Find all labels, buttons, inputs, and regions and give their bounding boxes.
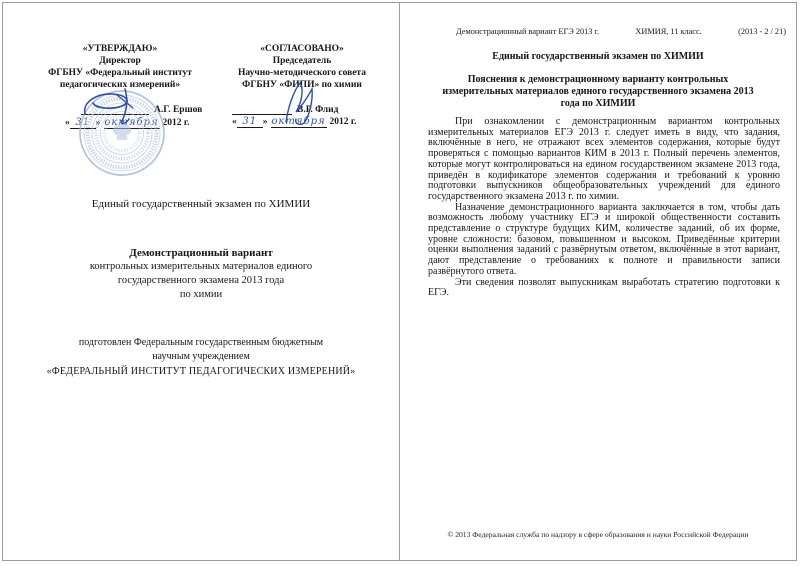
institute-name: «ФЕДЕРАЛЬНЫЙ ИНСТИТУТ ПЕДАГОГИЧЕСКИХ ИЗМ… xyxy=(3,366,399,377)
explanations-page: Демонстрационный вариант ЕГЭ 2013 г. ХИМ… xyxy=(400,3,796,560)
date-year: 2012 г. xyxy=(163,118,190,128)
handwritten-day: 31 xyxy=(242,116,257,127)
paragraph: Назначение демонстрационного варианта за… xyxy=(428,203,780,278)
paragraph: Эти сведения позволят выпускникам вырабо… xyxy=(428,278,780,299)
demo-variant-title: Демонстрационный вариант xyxy=(3,246,399,260)
body-text: При ознакомлении с демонстрационным вари… xyxy=(428,117,780,299)
copyright-footer: © 2013 Федеральная служба по надзору в с… xyxy=(400,530,796,539)
header-subject-label: ХИМИЯ, 11 класс. xyxy=(635,27,701,36)
header-variant-label: Демонстрационный вариант ЕГЭ 2013 г. xyxy=(456,27,599,36)
signature-line-approved: А.Г. Ершов xyxy=(81,104,202,115)
approval-line: Директор xyxy=(31,55,209,67)
date-month-blank: октября xyxy=(271,117,327,128)
prepared-line: научным учреждением xyxy=(3,350,399,364)
handwritten-month: октября xyxy=(271,116,325,127)
demo-variant-line: государственного экзамена 2013 года xyxy=(3,274,399,288)
prepared-by-block: подготовлен Федеральным государственным … xyxy=(3,336,399,363)
demo-variant-line: по химии xyxy=(3,288,399,302)
handwritten-day: 31 xyxy=(75,117,90,128)
date-month-blank: октября xyxy=(104,118,160,129)
signature-rule xyxy=(232,104,292,115)
signature-line-agreed: В.Р. Флид xyxy=(232,104,338,115)
agreement-line: Председатель xyxy=(219,55,385,67)
exam-title: Единый государственный экзамен по ХИМИИ xyxy=(3,198,399,210)
quote-close: » xyxy=(96,118,101,128)
signature-rule xyxy=(81,104,149,115)
prepared-line: подготовлен Федеральным государственным … xyxy=(3,336,399,350)
title-page: «УТВЕРЖДАЮ» Директор ФГБНУ «Федеральный … xyxy=(3,3,399,560)
date-day-blank: 31 xyxy=(70,118,96,129)
approval-block: «УТВЕРЖДАЮ» Директор ФГБНУ «Федеральный … xyxy=(31,43,209,91)
document-spread: «УТВЕРЖДАЮ» Директор ФГБНУ «Федеральный … xyxy=(0,0,800,566)
header-page-number: (2013 - 2 / 21) xyxy=(738,27,786,36)
agreement-line: ФГБНУ «ФИПИ» по химии xyxy=(219,79,385,91)
approval-title: «УТВЕРЖДАЮ» xyxy=(31,43,209,55)
demo-variant-block: Демонстрационный вариант контрольных изм… xyxy=(3,246,399,302)
date-day-blank: 31 xyxy=(237,117,263,128)
agreement-date: «31»октября2012 г. xyxy=(232,117,357,128)
handwritten-month: октября xyxy=(104,117,158,128)
date-year: 2012 г. xyxy=(330,117,357,127)
section-title: Пояснения к демонстрационному варианту к… xyxy=(400,74,796,110)
agreement-title: «СОГЛАСОВАНО» xyxy=(219,43,385,55)
paragraph: При ознакомлении с демонстрационным вари… xyxy=(428,117,780,203)
signatory-name: А.Г. Ершов xyxy=(154,105,202,115)
official-stamp-icon xyxy=(77,88,167,178)
approval-date: «31»октября2012 г. xyxy=(65,118,190,129)
approval-line: педагогических измерений» xyxy=(31,79,209,91)
demo-variant-line: контрольных измерительных материалов еди… xyxy=(3,260,399,274)
signatory-name: В.Р. Флид xyxy=(297,105,338,115)
agreement-line: Научно-методического совета xyxy=(219,67,385,79)
quote-close: » xyxy=(263,117,268,127)
approval-line: ФГБНУ «Федеральный институт xyxy=(31,67,209,79)
agreement-block: «СОГЛАСОВАНО» Председатель Научно-методи… xyxy=(219,43,385,91)
page-header: Демонстрационный вариант ЕГЭ 2013 г. ХИМ… xyxy=(400,27,796,36)
section-title-text: Пояснения к демонстрационному варианту к… xyxy=(437,74,759,110)
exam-title: Единый государственный экзамен по ХИМИИ xyxy=(400,51,796,62)
